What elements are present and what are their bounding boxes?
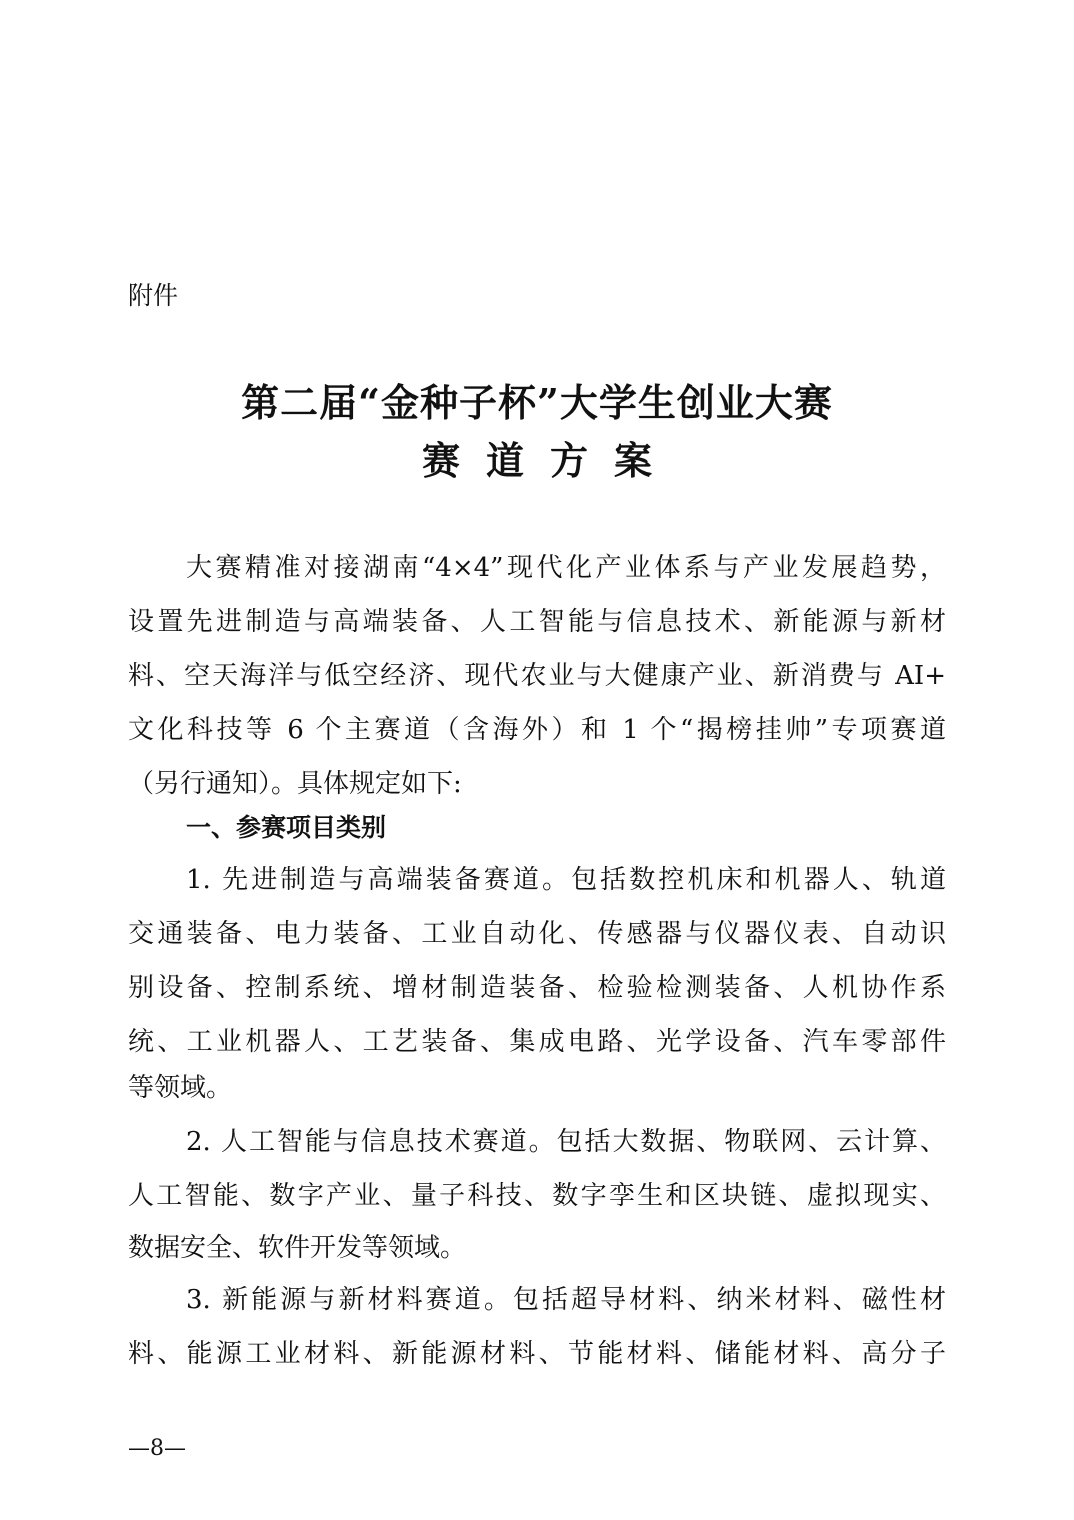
item-1-line: 等领域。 — [128, 1068, 946, 1108]
item-1-line: 别设备、控制系统、增材制造装备、检验检测装备、人机协作系 — [128, 968, 946, 1008]
item-2-line: 2. 人工智能与信息技术赛道。包括大数据、物联网、云计算、 — [186, 1122, 946, 1162]
item-1-line: 交通装备、电力装备、工业自动化、传感器与仪器仪表、自动识 — [128, 914, 946, 954]
page-number: —8— — [128, 1436, 186, 1462]
item-3-line: 3. 新能源与新材料赛道。包括超导材料、纳米材料、磁性材 — [186, 1280, 946, 1320]
item-1-line: 1. 先进制造与高端装备赛道。包括数控机床和机器人、轨道 — [186, 860, 946, 900]
document-title: 第二届“金种子杯”大学生创业大赛 — [0, 378, 1074, 428]
item-3-line: 料、能源工业材料、新能源材料、节能材料、储能材料、高分子 — [128, 1334, 946, 1374]
intro-line: （另行通知）。具体规定如下: — [128, 764, 946, 804]
item-2-line: 人工智能、数字产业、量子科技、数字孪生和区块链、虚拟现实、 — [128, 1176, 946, 1216]
intro-line: 文化科技等 6 个主赛道（含海外）和 1 个“揭榜挂帅”专项赛道 — [128, 710, 946, 750]
intro-line: 大赛精准对接湖南“4×4”现代化产业体系与产业发展趋势， — [186, 548, 946, 588]
intro-line: 设置先进制造与高端装备、人工智能与信息技术、新能源与新材 — [128, 602, 946, 642]
document-page: 附件 第二届“金种子杯”大学生创业大赛 赛道方案 大赛精准对接湖南“4×4”现代… — [0, 0, 1074, 1520]
intro-line: 料、空天海洋与低空经济、现代农业与大健康产业、新消费与 AI+ — [128, 656, 946, 696]
item-2-line: 数据安全、软件开发等领域。 — [128, 1228, 946, 1268]
attachment-label: 附件 — [128, 278, 178, 314]
item-1-line: 统、工业机器人、工艺装备、集成电路、光学设备、汽车零部件 — [128, 1022, 946, 1062]
section-heading: 一、参赛项目类别 — [186, 808, 386, 848]
document-subtitle: 赛道方案 — [0, 436, 1074, 486]
